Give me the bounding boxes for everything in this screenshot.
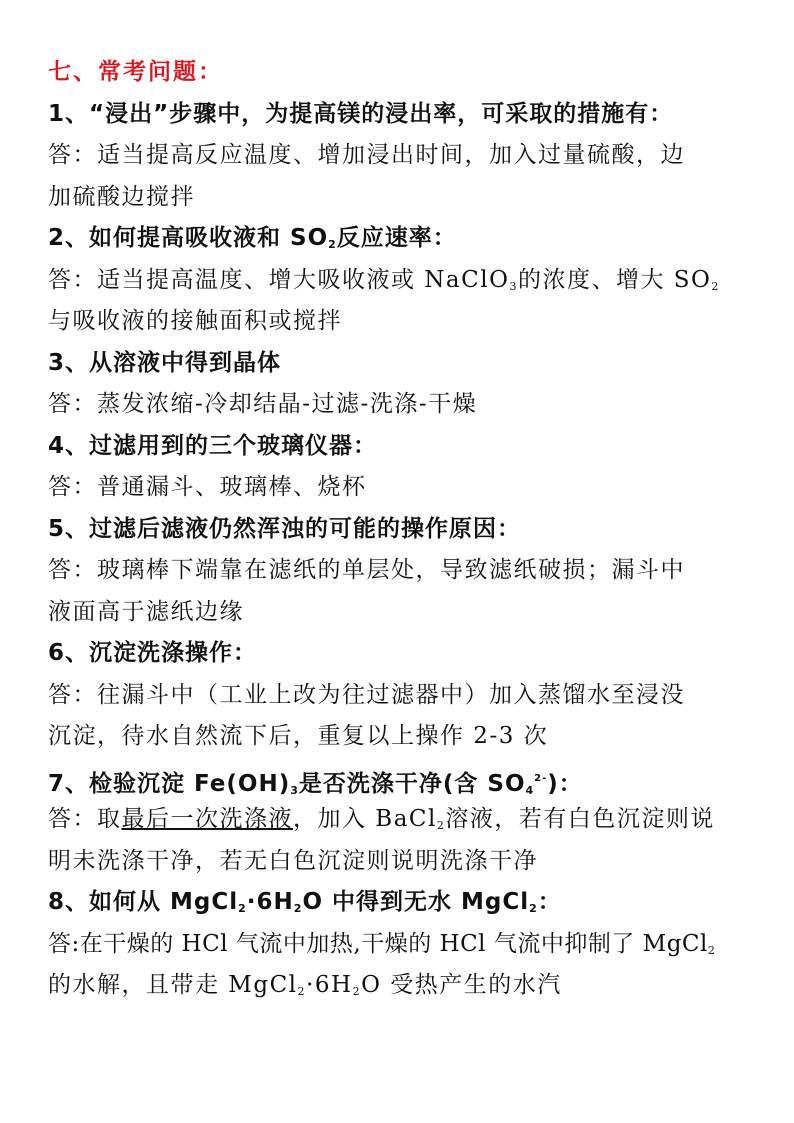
question-text: 是否洗涤干净(含 SO [299,771,526,797]
answer-text: 溶液，若有白色沉淀则说 [445,806,715,832]
question-text: 8、如何从 MgCl [48,889,238,915]
subscript: 4 [526,784,535,797]
answer-8-line-1: 答:在干燥的 HCl 气流中加热,干燥的 HCl 气流中抑制了 MgCl2 [48,924,758,966]
answer-8-line-2: 的水解，且带走 MgCl2·6H2O 受热产生的水汽 [48,965,758,1007]
answer-3: 答：蒸发浓缩-冷却结晶-过滤-洗涤-干燥 [48,384,758,426]
answer-text: 答：取 [48,806,122,832]
section-title: 七、常考问题： [48,52,758,94]
answer-text: 的水解，且带走 MgCl [48,972,298,998]
subscript: 2 [238,902,247,915]
question-text: )： [547,771,583,797]
answer-1-line-1: 答：适当提高反应温度、增加浸出时间，加入过量硫酸，边 [48,135,758,177]
question-text: ·6H [247,889,294,915]
question-text: ： [538,889,562,915]
answer-text: ，加入 BaCl [293,806,437,832]
superscript: 2- [534,773,547,784]
question-2-text: 2、如何提高吸收液和 SO [48,225,328,251]
answer-text: O 受热产生的水汽 [361,972,562,998]
answer-4: 答：普通漏斗、玻璃棒、烧杯 [48,467,758,509]
answer-text: 答：适当提高温度、增大吸收液或 NaClO [48,267,509,293]
subscript: 2 [298,985,307,998]
answer-6-line-2: 沉淀，待水自然流下后，重复以上操作 2-3 次 [48,716,758,758]
answer-6-line-1: 答：往漏斗中（工业上改为往过滤器中）加入蒸馏水至浸没 [48,675,758,717]
document-page: 七、常考问题： 1、“浸出”步骤中，为提高镁的浸出率，可采取的措施有： 答：适当… [48,52,758,1007]
subscript: 2 [711,280,720,293]
answer-text: 的浓度、增大 SO [518,267,711,293]
answer-5-line-2: 液面高于滤纸边缘 [48,592,758,634]
question-1: 1、“浸出”步骤中，为提高镁的浸出率，可采取的措施有： [48,94,758,136]
answer-7-line-2: 明未洗涤干净，若无白色沉淀则说明洗涤干净 [48,841,758,883]
question-2-text-end: 反应速率： [337,225,457,251]
subscript: 3 [290,784,299,797]
answer-5-line-1: 答：玻璃棒下端靠在滤纸的单层处，导致滤纸破损；漏斗中 [48,550,758,592]
answer-7-line-1: 答：取最后一次洗涤液，加入 BaCl2溶液，若有白色沉淀则说 [48,799,758,841]
question-7: 7、检验沉淀 Fe(OH)3是否洗涤干净(含 SO42-)： [48,758,758,800]
subscript: 3 [509,280,518,293]
underlined-text: 最后一次洗涤液 [122,806,294,832]
question-text: 7、检验沉淀 Fe(OH) [48,771,290,797]
subscript: 2 [529,902,538,915]
question-2: 2、如何提高吸收液和 SO2反应速率： [48,218,758,260]
question-8: 8、如何从 MgCl2·6H2O 中得到无水 MgCl2： [48,882,758,924]
answer-2-line-2: 与吸收液的接触面积或搅拌 [48,301,758,343]
answer-1-line-2: 加硫酸边搅拌 [48,177,758,219]
answer-2-line-1: 答：适当提高温度、增大吸收液或 NaClO3的浓度、增大 SO2 [48,260,758,302]
subscript: 2 [353,985,362,998]
answer-text: ·6H [306,972,353,998]
question-5: 5、过滤后滤液仍然浑浊的可能的操作原因： [48,509,758,551]
subscript: 2 [708,944,716,957]
subscript: 2 [328,238,337,251]
question-text: O 中得到无水 MgCl [302,889,529,915]
question-3: 3、从溶液中得到晶体 [48,343,758,385]
question-4: 4、过滤用到的三个玻璃仪器： [48,426,758,468]
answer-text: 答:在干燥的 HCl 气流中加热,干燥的 HCl 气流中抑制了 MgCl [48,931,708,957]
question-6: 6、沉淀洗涤操作： [48,633,758,675]
